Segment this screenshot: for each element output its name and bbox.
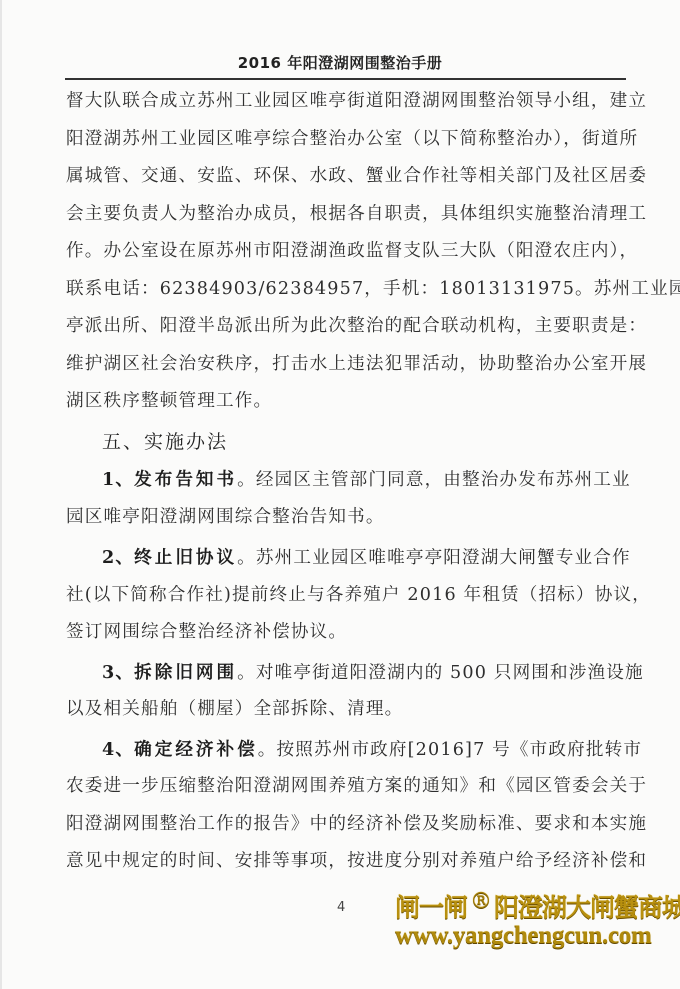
header-rule	[65, 78, 626, 80]
paragraph-line: 亭派出所、阳澄半岛派出所为此次整治的配合联动机构，主要职责是：	[66, 308, 632, 346]
watermark-brand-right: 阳澄湖大闸蟹商城	[494, 893, 680, 922]
item-title: 拆除旧网围	[134, 662, 237, 683]
item-4-first-line: 4、确定经济补偿。按照苏州市政府[2016]7 号《市政府批转市	[66, 731, 632, 769]
paragraph-line: 园区唯亭阳澄湖网围综合整治告知书。	[66, 499, 632, 537]
item-text: 。苏州工业园区唯唯亭亭阳澄湖大闸蟹专业合作	[237, 548, 631, 568]
paragraph-line: 阳澄湖网围整治工作的报告》中的经济补偿及奖励标准、要求和本实施	[66, 806, 632, 844]
paragraph-line: 农委进一步压缩整治阳澄湖网围养殖方案的通知》和《园区管委会关于	[66, 768, 632, 806]
paragraph-line: 维护湖区社会治安秩序，打击水上违法犯罪活动，协助整治办公室开展	[66, 346, 632, 384]
paragraph-line: 意见中规定的时间、安排等事项，按进度分别对养殖户给予经济补偿和	[66, 843, 632, 881]
page-number: 4	[337, 900, 345, 915]
registered-mark-icon: ®	[470, 889, 491, 914]
paragraph-line: 阳澄湖苏州工业园区唯亭综合整治办公室（以下简称整治办），街道所	[66, 121, 632, 159]
paragraph-line: 督大队联合成立苏州工业园区唯亭街道阳澄湖网围整治领导小组，建立	[66, 83, 632, 121]
paragraph-line: 作。办公室设在原苏州市阳澄湖渔政监督支队三大队（阳澄农庄内），	[66, 233, 632, 271]
watermark-url: www.yangchengcun.com	[395, 923, 680, 949]
paragraph-line: 会主要负责人为整治办成员，根据各自职责，具体组织实施整治清理工	[66, 196, 632, 234]
document-page: 2016 年阳澄湖网围整治手册 督大队联合成立苏州工业园区唯亭街道阳澄湖网围整治…	[0, 0, 680, 989]
watermark-brand: 闸一闸®阳澄湖大闸蟹商城	[395, 887, 680, 923]
item-number: 3、	[102, 662, 134, 683]
item-title: 终止旧协议	[134, 547, 237, 568]
paragraph-line: 签订网围综合整治经济补偿协议。	[66, 614, 632, 652]
item-title: 发布告知书	[134, 469, 237, 490]
watermark-brand-left: 闸一闸	[395, 893, 467, 922]
item-text: 。经园区主管部门同意，由整治办发布苏州工业	[237, 470, 631, 490]
paragraph-line: 联系电话：62384903/62384957，手机：18013131975。苏州…	[66, 271, 632, 309]
paragraph-line: 以及相关船舶（棚屋）全部拆除、清理。	[66, 691, 632, 729]
paragraph-line: 湖区秩序整顿管理工作。	[66, 383, 632, 421]
item-1-first-line: 1、发布告知书。经园区主管部门同意，由整治办发布苏州工业	[66, 461, 632, 499]
item-2-first-line: 2、终止旧协议。苏州工业园区唯唯亭亭阳澄湖大闸蟹专业合作	[66, 539, 632, 577]
body-text: 督大队联合成立苏州工业园区唯亭街道阳澄湖网围整治领导小组，建立 阳澄湖苏州工业园…	[66, 83, 632, 881]
paragraph-line: 社(以下简称合作社)提前终止与各养殖户 2016 年租赁（招标）协议，	[66, 577, 632, 615]
paragraph-line: 属城管、交通、安监、环保、水政、蟹业合作社等相关部门及社区居委	[66, 158, 632, 196]
item-number: 4、	[102, 739, 134, 760]
item-3-first-line: 3、拆除旧网围。对唯亭街道阳澄湖内的 500 只网围和涉渔设施	[66, 654, 632, 692]
page-edge	[0, 0, 2, 989]
item-number: 1、	[102, 469, 134, 490]
item-number: 2、	[102, 547, 134, 568]
item-text: 。按照苏州市政府[2016]7 号《市政府批转市	[258, 740, 642, 760]
watermark: 闸一闸®阳澄湖大闸蟹商城 www.yangchengcun.com	[395, 887, 680, 949]
item-text: 。对唯亭街道阳澄湖内的 500 只网围和涉渔设施	[237, 663, 644, 683]
section-heading: 五、实施办法	[66, 424, 632, 462]
item-title: 确定经济补偿	[134, 739, 258, 760]
running-header-title: 2016 年阳澄湖网围整治手册	[0, 52, 680, 73]
